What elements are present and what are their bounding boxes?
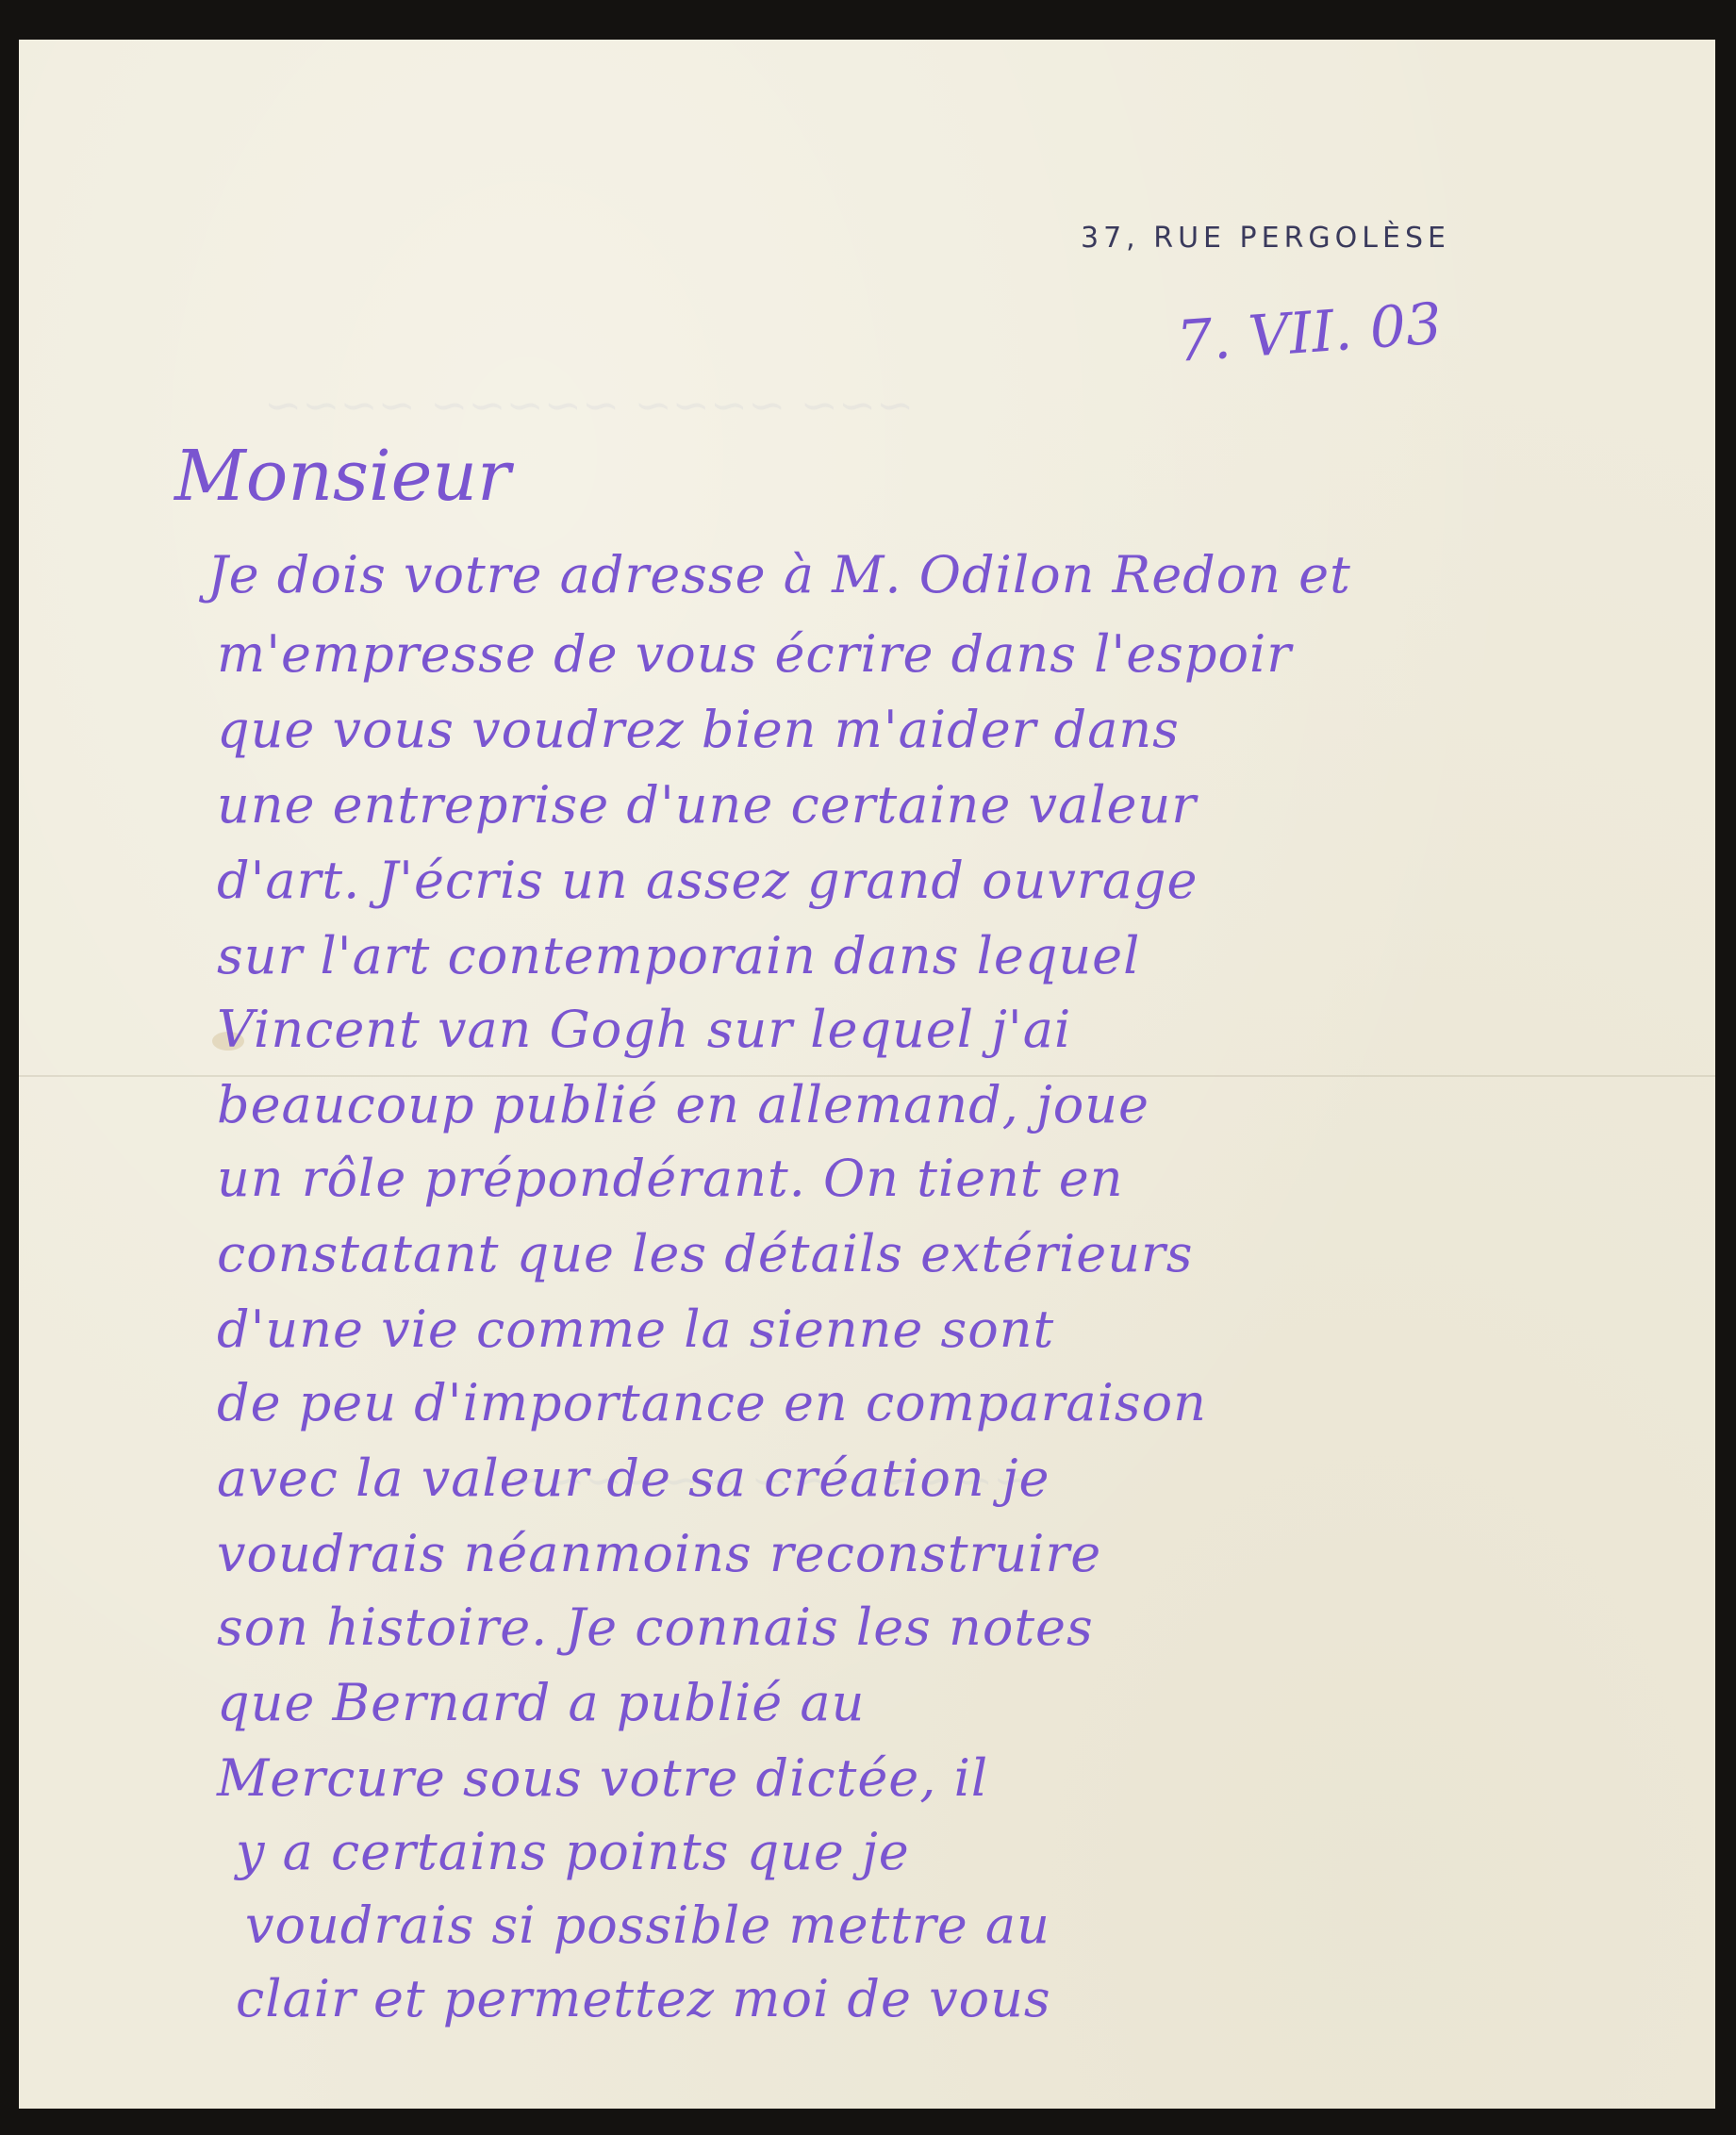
letter-line: un rôle prépondérant. On tient en: [217, 1149, 1124, 1208]
letter-line: sur l'art contemporain dans lequel: [217, 926, 1140, 985]
letter-line: d'une vie comme la sienne sont: [217, 1299, 1054, 1359]
letter-line: que Bernard a publié au: [217, 1673, 865, 1732]
letter-line: d'art. J'écris un assez grand ouvrage: [217, 851, 1198, 910]
letter-line: voudrais si possible mettre au: [245, 1895, 1050, 1955]
letter-line: voudrais néanmoins reconstruire: [217, 1524, 1101, 1583]
letterhead-address: 37, RUE PERGOLÈSE: [1081, 222, 1450, 255]
letter-line: son histoire. Je connais les notes: [217, 1597, 1094, 1657]
letter-line: y a certains points que je: [236, 1822, 910, 1881]
letter-line: clair et permettez moi de vous: [236, 1969, 1051, 2028]
letter-line: beaucoup publié en allemand, joue: [217, 1075, 1149, 1134]
letter-line: une entreprise d'une certaine valeur: [217, 775, 1197, 835]
letter-line: Vincent van Gogh sur lequel j'ai: [217, 1000, 1071, 1059]
ink-bleed-through: ~~~ ~~~~ ~~~~~ ~~~~: [264, 379, 914, 432]
letter-line: constatant que les détails extérieurs: [217, 1224, 1194, 1283]
letter-line: que vous voudrez bien m'aider dans: [217, 700, 1180, 759]
letter-line: Mercure sous votre dictée, il: [217, 1748, 988, 1808]
letter-line: de peu d'importance en comparaison: [217, 1373, 1207, 1432]
letter-line: m'empresse de vous écrire dans l'espoir: [217, 624, 1292, 684]
letter-paper: ~~~ ~~~~ ~~~~~ ~~~~ ~~~~ ~~~ ~~~~~~ 37, …: [19, 40, 1715, 2109]
letter-date: 7. VII. 03: [1175, 290, 1445, 374]
letter-line: Je dois votre adresse à M. Odilon Redon …: [207, 545, 1351, 604]
letter-line: avec la valeur de sa création je: [217, 1448, 1050, 1508]
salutation: Monsieur: [174, 436, 510, 517]
